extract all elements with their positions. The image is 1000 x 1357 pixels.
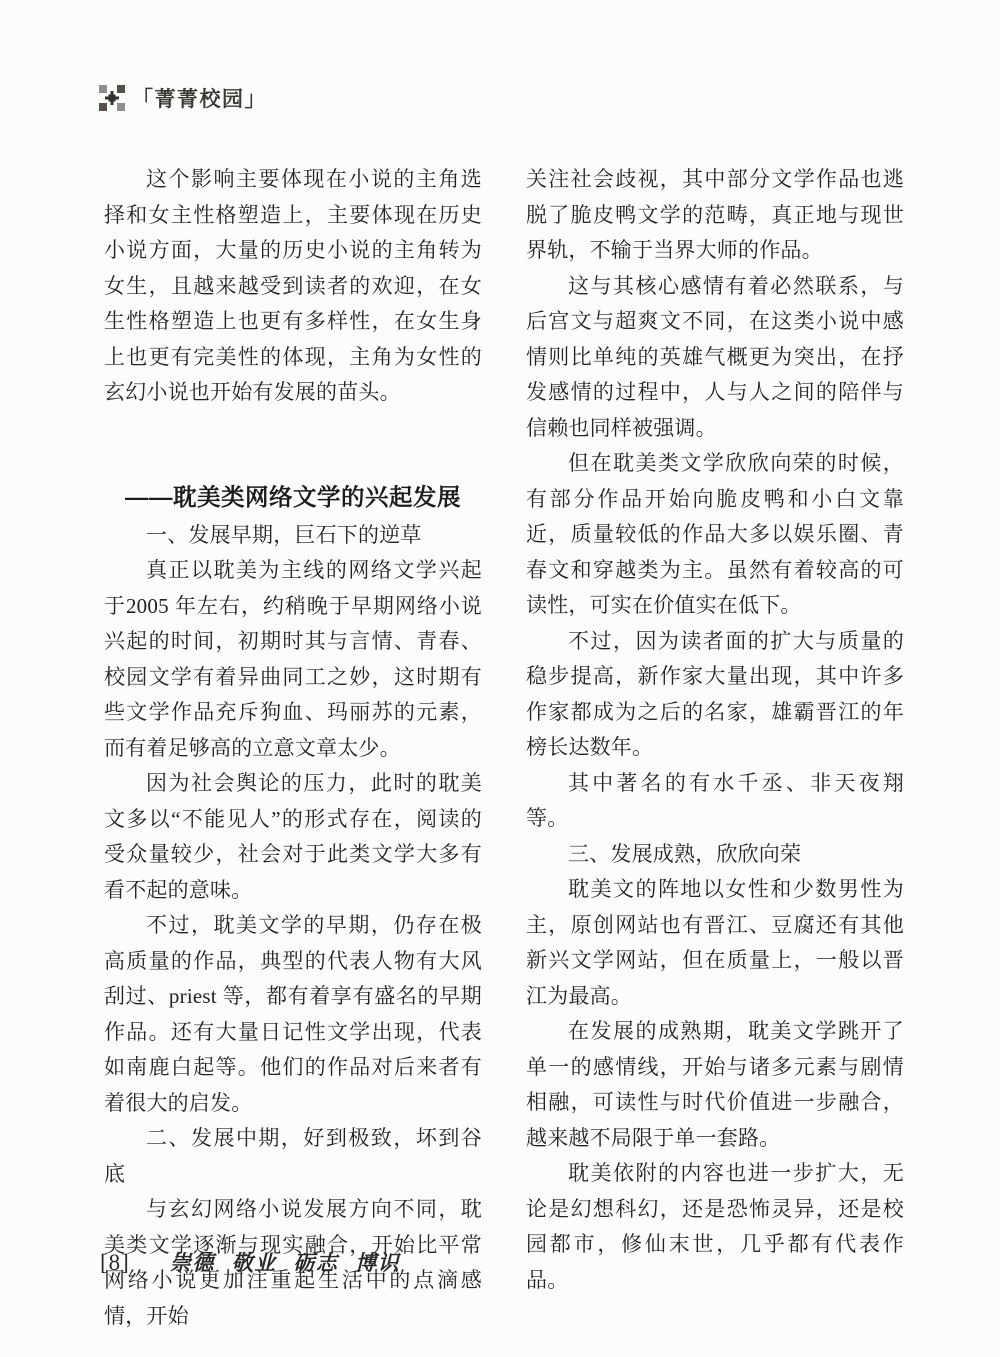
- paragraph: 真正以耽美为主线的网络文学兴起于2005 年左右，约稍晚于早期网络小说兴起的时间…: [104, 553, 482, 766]
- paragraph: 这个影响主要体现在小说的主角选择和女主性格塑造上，主要体现在历史小说方面，大量的…: [104, 162, 482, 411]
- paragraph: 在发展的成熟期，耽美文学跳开了单一的感情线，开始与诸多元素与剧情相融，可读性与时…: [526, 1014, 904, 1156]
- subsection-heading: 一、发展早期，巨石下的逆草: [104, 518, 482, 554]
- paragraph: 因为社会舆论的压力，此时的耽美文多以“不能见人”的形式存在，阅读的受众量较少，社…: [104, 766, 482, 908]
- page-header: 「菁菁校园」: [99, 83, 267, 113]
- section-heading: ——耽美类网络文学的兴起发展: [104, 479, 482, 515]
- paragraph: 耽美依附的内容也进一步扩大，无论是幻想科幻，还是恐怖灵异，还是校园都市，修仙末世…: [526, 1156, 904, 1298]
- paragraph: 关注社会歧视，其中部分文学作品也逃脱了脆皮鸭文学的范畴，真正地与现世界轨，不输于…: [526, 162, 904, 269]
- paragraph: 其中著名的有水千丞、非天夜翔等。: [526, 766, 904, 837]
- paragraph: 但在耽美类文学欣欣向荣的时候，有部分作品开始向脆皮鸭和小白文靠近，质量较低的作品…: [526, 446, 904, 624]
- footer-slogan: 崇德 敬业 砺志 博识: [170, 1247, 400, 1277]
- paragraph: 不过，因为读者面的扩大与质量的稳步提高，新作家大量出现，其中许多作家都成为之后的…: [526, 624, 904, 766]
- paragraph: 这与其核心感情有着必然联系，与后宫文与超爽文不同，在这类小说中感情则比单纯的英雄…: [526, 269, 904, 447]
- article-left-column: 这个影响主要体现在小说的主角选择和女主性格塑造上，主要体现在历史小说方面，大量的…: [104, 162, 482, 1334]
- paragraph: 耽美文的阵地以女性和少数男性为主，原创网站也有晋江、豆腐还有其他新兴文学网站，但…: [526, 872, 904, 1014]
- article-right-column: 关注社会歧视，其中部分文学作品也逃脱了脆皮鸭文学的范畴，真正地与现世界轨，不输于…: [526, 162, 904, 1298]
- subsection-heading: 三、发展成熟，欣欣向荣: [526, 837, 904, 873]
- page-footer: [8] 崇德 敬业 砺志 博识: [100, 1247, 400, 1277]
- paragraph: 不过，耽美文学的早期，仍存在极高质量的作品，典型的代表人物有大风刮过、pries…: [104, 908, 482, 1121]
- page-number: [8]: [100, 1250, 130, 1276]
- checker-grid-icon: [99, 85, 125, 111]
- section-label: 「菁菁校园」: [132, 83, 267, 113]
- magazine-page: 「菁菁校园」 这个影响主要体现在小说的主角选择和女主性格塑造上，主要体现在历史小…: [0, 0, 1000, 1357]
- subsection-heading: 二、发展中期，好到极致，坏到谷底: [104, 1121, 482, 1192]
